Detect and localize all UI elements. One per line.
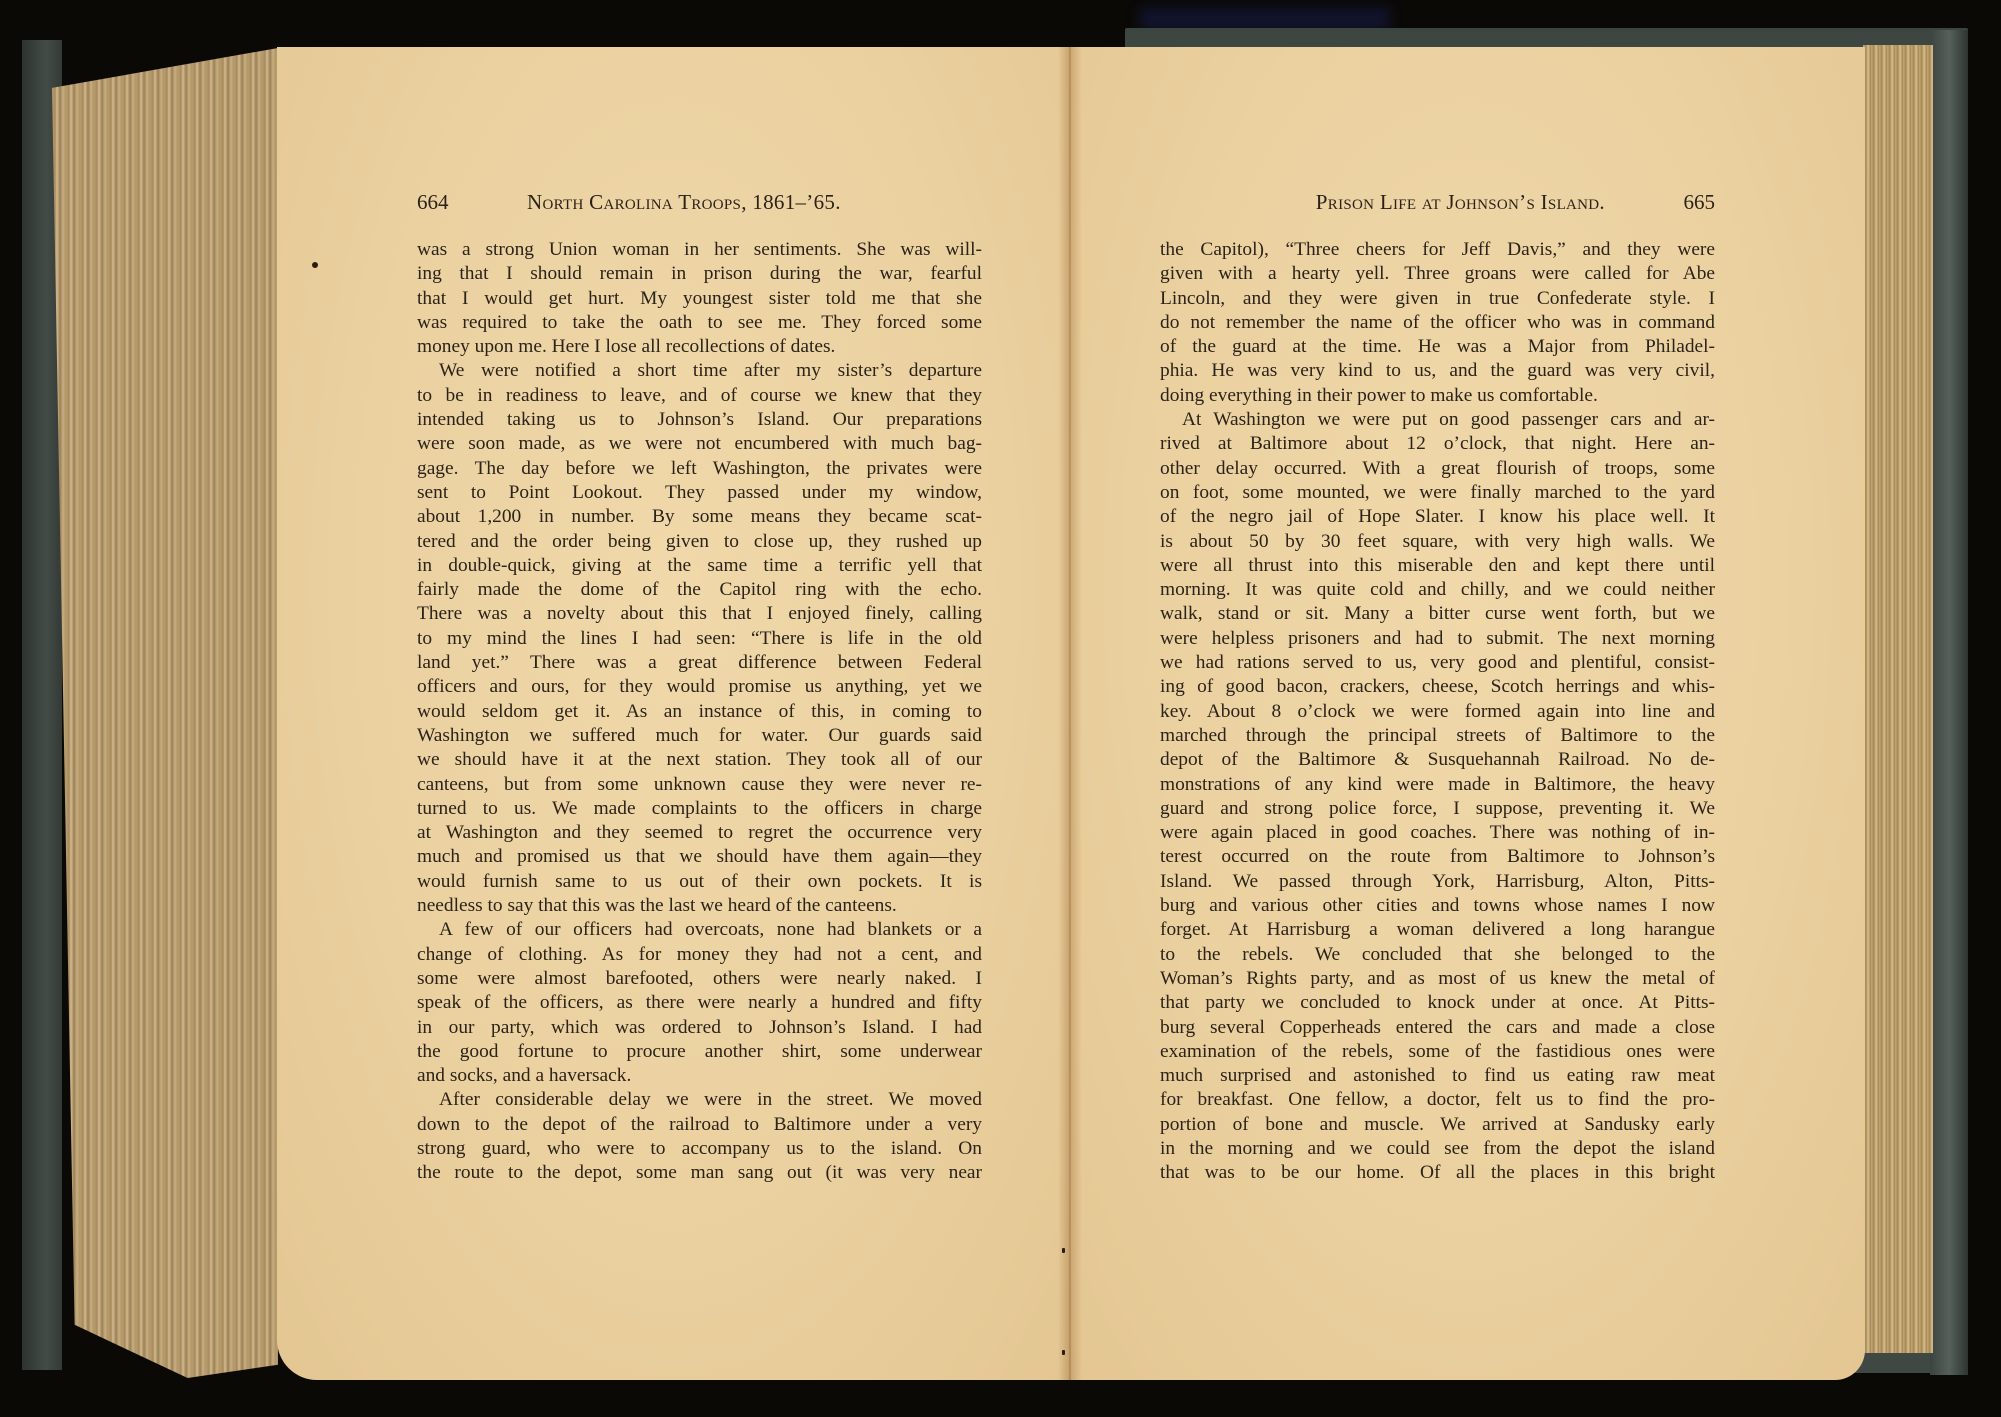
text-line: do not remember the name of the officer … <box>1160 311 1715 335</box>
text-line: needless to say that this was the last w… <box>417 894 982 918</box>
text-line: Lincoln, and they were given in true Con… <box>1160 287 1715 311</box>
text-line: morning. It was quite cold and chilly, a… <box>1160 578 1715 602</box>
text-line: At Washington we were put on good passen… <box>1160 408 1715 432</box>
text-line: the good fortune to procure another shir… <box>417 1040 982 1064</box>
left-page-body: was a strong Union woman in her sentimen… <box>417 238 982 1186</box>
text-line: that party we concluded to knock under a… <box>1160 991 1715 1015</box>
text-line: in the morning and we could see from the… <box>1160 1137 1715 1161</box>
cover-stamp <box>1140 8 1390 30</box>
text-line: monstrations of any kind were made in Ba… <box>1160 773 1715 797</box>
text-line: to the rebels. We concluded that she bel… <box>1160 943 1715 967</box>
text-line: terest occurred on the route from Baltim… <box>1160 845 1715 869</box>
text-line: money upon me. Here I lose all recollect… <box>417 335 982 359</box>
spine-mark <box>1062 1248 1065 1253</box>
text-line: turned to us. We made complaints to the … <box>417 797 982 821</box>
text-line: A few of our officers had overcoats, non… <box>417 918 982 942</box>
text-line: doing everything in their power to make … <box>1160 384 1715 408</box>
text-line: we should have it at the next station. T… <box>417 748 982 772</box>
text-line: Woman’s Rights party, and as most of us … <box>1160 967 1715 991</box>
text-line: were helpless prisoners and had to submi… <box>1160 627 1715 651</box>
text-line: burg and various other cities and towns … <box>1160 894 1715 918</box>
text-line: We were notified a short time after my s… <box>417 359 982 383</box>
text-line: forget. At Harrisburg a woman delivered … <box>1160 918 1715 942</box>
spine-mark <box>1062 1350 1065 1355</box>
text-line: we had rations served to us, very good a… <box>1160 651 1715 675</box>
text-line: given with a hearty yell. Three groans w… <box>1160 262 1715 286</box>
text-line: sent to Point Lookout. They passed under… <box>417 481 982 505</box>
text-line: land yet.” There was a great difference … <box>417 651 982 675</box>
text-line: at Washington and they seemed to regret … <box>417 821 982 845</box>
running-head-title: North Carolina Troops, 1861–’65. <box>527 190 841 215</box>
cover-edge <box>1930 30 1968 1375</box>
text-line: walk, stand or sit. Many a bitter curse … <box>1160 602 1715 626</box>
text-line: examination of the rebels, some of the f… <box>1160 1040 1715 1064</box>
book-photo: 664 North Carolina Troops, 1861–’65. Pri… <box>0 0 2001 1417</box>
text-line: were all thrust into this miserable den … <box>1160 554 1715 578</box>
text-line: tered and the order being given to close… <box>417 530 982 554</box>
text-line: Island. We passed through York, Harrisbu… <box>1160 870 1715 894</box>
text-line: canteens, but from some unknown cause th… <box>417 773 982 797</box>
left-page-block-edge <box>52 48 278 1378</box>
page-number: 665 <box>1684 190 1716 215</box>
text-line: much and promised us that we should have… <box>417 845 982 869</box>
text-line: burg several Copperheads entered the car… <box>1160 1016 1715 1040</box>
text-line: strong guard, who were to accompany us t… <box>417 1137 982 1161</box>
text-line: would furnish same to us out of their ow… <box>417 870 982 894</box>
text-line: speak of the officers, as there were nea… <box>417 991 982 1015</box>
text-line: marched through the principal streets of… <box>1160 724 1715 748</box>
text-line: portion of bone and muscle. We arrived a… <box>1160 1113 1715 1137</box>
right-page-block-edge <box>1863 45 1933 1353</box>
text-line: was a strong Union woman in her sentimen… <box>417 238 982 262</box>
text-line: on foot, some mounted, we were finally m… <box>1160 481 1715 505</box>
text-line: ing that I should remain in prison durin… <box>417 262 982 286</box>
text-line: to be in readiness to leave, and of cour… <box>417 384 982 408</box>
text-line: some were almost barefooted, others were… <box>417 967 982 991</box>
gutter-fold <box>1058 47 1082 1380</box>
running-head-right: Prison Life at Johnson’s Island. 665 <box>1160 190 1715 216</box>
text-line: of the negro jail of Hope Slater. I know… <box>1160 505 1715 529</box>
text-line: of the guard at the time. He was a Major… <box>1160 335 1715 359</box>
text-line: change of clothing. As for money they ha… <box>417 943 982 967</box>
text-line: ing of good bacon, crackers, cheese, Sco… <box>1160 675 1715 699</box>
text-line: depot of the Baltimore & Susquehannah Ra… <box>1160 748 1715 772</box>
text-line: to my mind the lines I had seen: “There … <box>417 627 982 651</box>
text-line: phia. He was very kind to us, and the gu… <box>1160 359 1715 383</box>
text-line: gage. The day before we left Washington,… <box>417 457 982 481</box>
text-line: were soon made, as we were not encumbere… <box>417 432 982 456</box>
text-line: for breakfast. One fellow, a doctor, fel… <box>1160 1088 1715 1112</box>
page-number: 664 <box>417 190 449 215</box>
ink-speck <box>312 262 318 268</box>
right-page-body: the Capitol), “Three cheers for Jeff Dav… <box>1160 238 1715 1186</box>
text-line: the route to the depot, some man sang ou… <box>417 1161 982 1185</box>
text-line: in our party, which was ordered to Johns… <box>417 1016 982 1040</box>
text-line: is about 50 by 30 feet square, with very… <box>1160 530 1715 554</box>
text-line: Washington we suffered much for water. O… <box>417 724 982 748</box>
text-line: intended taking us to Johnson’s Island. … <box>417 408 982 432</box>
text-line: officers and ours, for they would promis… <box>417 675 982 699</box>
text-line: fairly made the dome of the Capitol ring… <box>417 578 982 602</box>
text-line: There was a novelty about this that I en… <box>417 602 982 626</box>
text-line: in double-quick, giving at the same time… <box>417 554 982 578</box>
text-line: After considerable delay we were in the … <box>417 1088 982 1112</box>
running-head-title: Prison Life at Johnson’s Island. <box>1316 190 1605 215</box>
text-line: down to the depot of the railroad to Bal… <box>417 1113 982 1137</box>
running-head-left: 664 North Carolina Troops, 1861–’65. <box>417 190 982 216</box>
text-line: much surprised and astonished to find us… <box>1160 1064 1715 1088</box>
text-line: other delay occurred. With a great flour… <box>1160 457 1715 481</box>
text-line: about 1,200 in number. By some means the… <box>417 505 982 529</box>
text-line: guard and strong police force, I suppose… <box>1160 797 1715 821</box>
text-line: that I would get hurt. My youngest siste… <box>417 287 982 311</box>
text-line: was required to take the oath to see me.… <box>417 311 982 335</box>
text-line: rived at Baltimore about 12 o’clock, tha… <box>1160 432 1715 456</box>
text-line: the Capitol), “Three cheers for Jeff Dav… <box>1160 238 1715 262</box>
text-line: key. About 8 o’clock we were formed agai… <box>1160 700 1715 724</box>
text-line: would seldom get it. As an instance of t… <box>417 700 982 724</box>
text-line: that was to be our home. Of all the plac… <box>1160 1161 1715 1185</box>
text-line: were again placed in good coaches. There… <box>1160 821 1715 845</box>
text-line: and socks, and a haversack. <box>417 1064 982 1088</box>
